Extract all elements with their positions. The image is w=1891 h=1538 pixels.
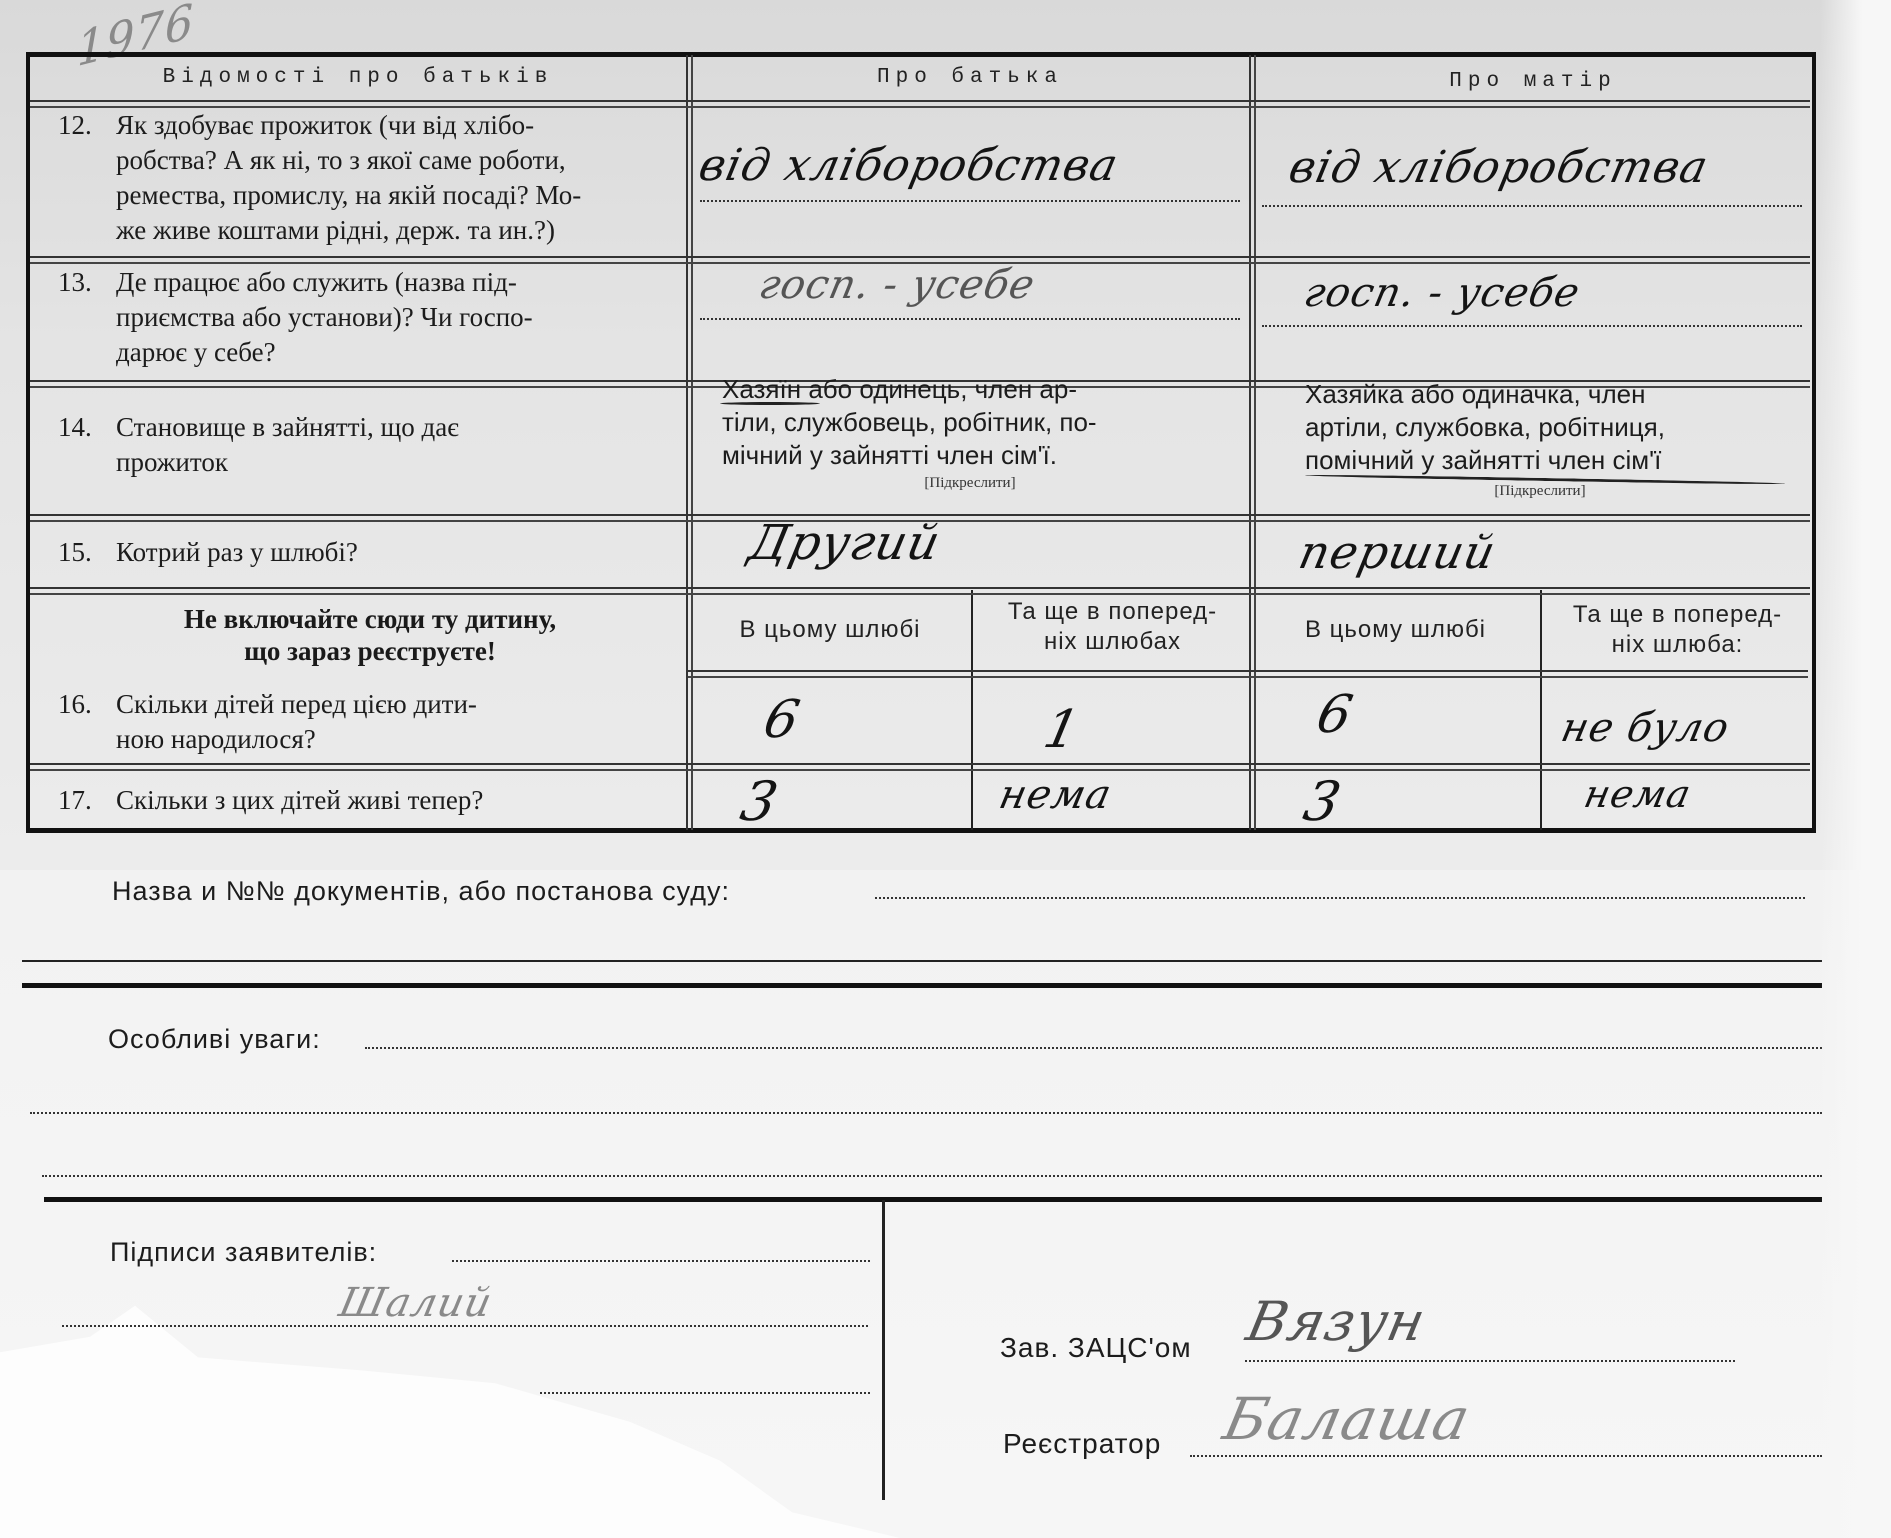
notes-field-line-3[interactable] [42, 1175, 1822, 1177]
applicant-signature: Шалий [335, 1280, 496, 1326]
question-16: 16.Скільки дітей перед цією дити- ною на… [58, 687, 678, 757]
section-divider-signatures [44, 1197, 1822, 1202]
header-parents-info: Відомості про батьків [30, 66, 686, 89]
zags-head-signature-line[interactable] [1245, 1360, 1735, 1362]
table-bottom-border [26, 828, 1816, 833]
applicants-signature-line-3[interactable] [540, 1392, 870, 1394]
question-17: 17.Скільки з цих дітей живі тепер? [58, 783, 678, 818]
mother-previous-marriages-header: Та ще в поперед- ніх шлюба: [1545, 600, 1810, 660]
row-16-separator [30, 763, 1810, 765]
row-15-separator [30, 587, 1810, 589]
applicants-signature-line-2[interactable] [62, 1325, 868, 1327]
row-13-father-answer-line [700, 318, 1240, 320]
mother-children-alive-previous: нема [1580, 772, 1695, 816]
question-13: 13.Де працює або служить (назва під- при… [58, 265, 678, 370]
registrar-label: Реєстратор [1003, 1428, 1161, 1460]
notes-label: Особливі уваги: [108, 1024, 321, 1055]
documents-label: Назва и №№ документів, або постанова суд… [112, 876, 730, 907]
row-13-mother-answer-line [1262, 325, 1802, 327]
paper-right-edge [1820, 0, 1891, 1538]
notes-field-line-2[interactable] [30, 1112, 1822, 1114]
applicants-signature-line-1[interactable] [452, 1260, 870, 1262]
table-right-border [1812, 52, 1816, 832]
zags-head-signature: Вязун [1241, 1290, 1431, 1353]
children-warning: Не включайте сюди ту дитину, що зараз ре… [60, 603, 680, 667]
children-subheader-separator [688, 670, 1808, 672]
mother-marriage-count-answer: перший [1294, 525, 1501, 579]
signatures-column-divider [882, 1200, 885, 1500]
question-15: 15.Котрий раз у шлюбі? [58, 535, 678, 570]
header-about-father: Про батька [690, 66, 1250, 89]
column-divider-mother [1249, 55, 1251, 830]
subcolumn-divider-father [971, 590, 973, 830]
father-marriage-count-answer: Другий [744, 515, 946, 571]
mother-children-previous-marriages: не було [1557, 705, 1734, 751]
row-12-mother-answer-line [1262, 205, 1802, 207]
mother-livelihood-answer: від хліборобства [1285, 142, 1713, 193]
header-about-mother: Про матір [1253, 70, 1813, 93]
mother-employment-options[interactable]: Хазяйка або одиначка, член артіли, служб… [1305, 378, 1783, 477]
documents-field-line-2[interactable] [22, 960, 1822, 962]
row-12-separator [30, 256, 1810, 258]
table-top-border [28, 52, 1816, 57]
registrar-signature: Балаша [1218, 1385, 1477, 1453]
father-employment-options[interactable]: Хазяїн або одинець, член ар- тіли, служб… [722, 373, 1222, 472]
question-12: 12.Як здобуває прожиток (чи від хлібо- р… [58, 108, 678, 248]
mother-underline-instruction: [Підкреслити] [1430, 483, 1650, 500]
section-divider-documents [22, 983, 1822, 988]
father-workplace-answer: госп. - усебе [755, 262, 1039, 308]
father-underline-khazyain [720, 402, 820, 405]
father-children-alive-previous: нема [995, 772, 1116, 818]
documents-field-line[interactable] [875, 897, 1805, 899]
notes-field-line-1[interactable] [365, 1047, 1822, 1049]
registrar-signature-line[interactable] [1190, 1455, 1822, 1457]
father-livelihood-answer: від хліборобства [695, 140, 1123, 191]
column-divider-father [686, 55, 688, 830]
father-this-marriage-header: В цьому шлюбі [690, 615, 970, 645]
question-14: 14.Становище в зайнятті, що дає прожиток [58, 410, 678, 480]
mother-workplace-answer: госп. - усебе [1300, 270, 1584, 316]
table-left-border [26, 52, 30, 832]
row-12-father-answer-line [700, 200, 1240, 202]
subcolumn-divider-mother [1540, 590, 1542, 830]
zags-head-label: Зав. ЗАЦС'ом [1000, 1332, 1192, 1364]
header-row-separator [30, 100, 1810, 102]
father-previous-marriages-header: Та ще в поперед- ніх шлюбах [975, 597, 1250, 657]
mother-this-marriage-header: В цьому шлюбі [1253, 615, 1538, 645]
father-underline-instruction: [Підкреслити] [860, 475, 1080, 492]
applicants-signature-label: Підписи заявителів: [110, 1237, 377, 1268]
